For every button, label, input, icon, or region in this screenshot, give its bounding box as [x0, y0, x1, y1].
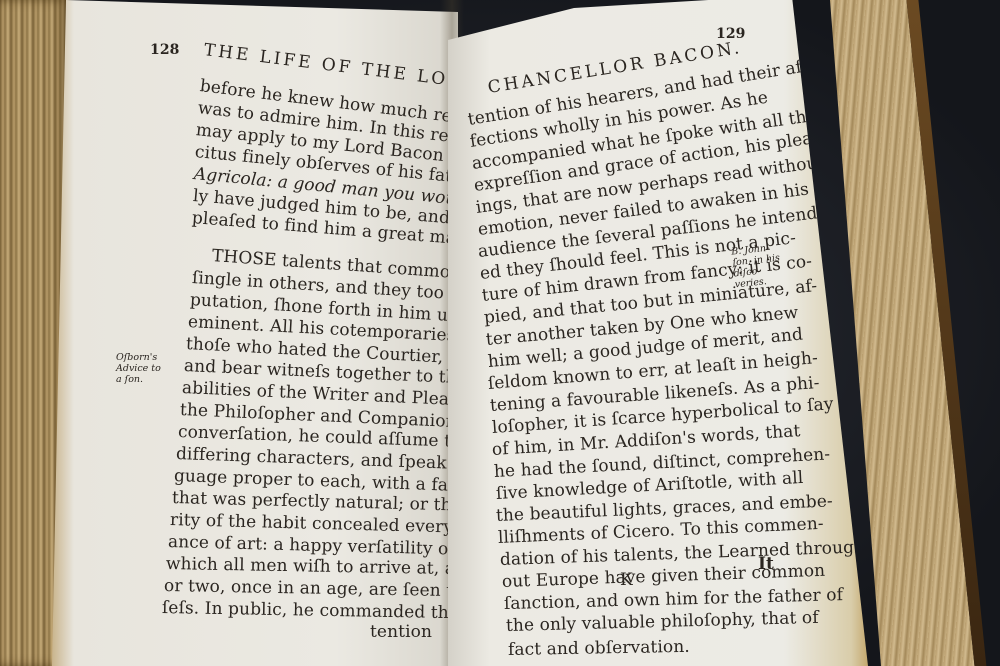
margin-note-line: Oſborn's	[116, 352, 161, 363]
margin-note: Oſborn's Advice to a ſon.	[116, 352, 161, 385]
catchword: It	[758, 554, 774, 574]
margin-note: B. John- ſon, in his diſco- veries.	[731, 242, 783, 291]
page-number: 128	[150, 42, 180, 58]
margin-note-line: Advice to	[116, 363, 161, 374]
margin-note-line: a ſon.	[116, 374, 161, 385]
text-line: ſeſs. In public, he commanded the at-	[162, 598, 488, 624]
text-line: fact and obſervation.	[508, 637, 690, 660]
left-page: 128 THE LIFE OF THE LORD before he knew …	[52, 0, 458, 666]
signature-mark: K	[620, 570, 633, 590]
text-line: tention	[370, 622, 432, 642]
